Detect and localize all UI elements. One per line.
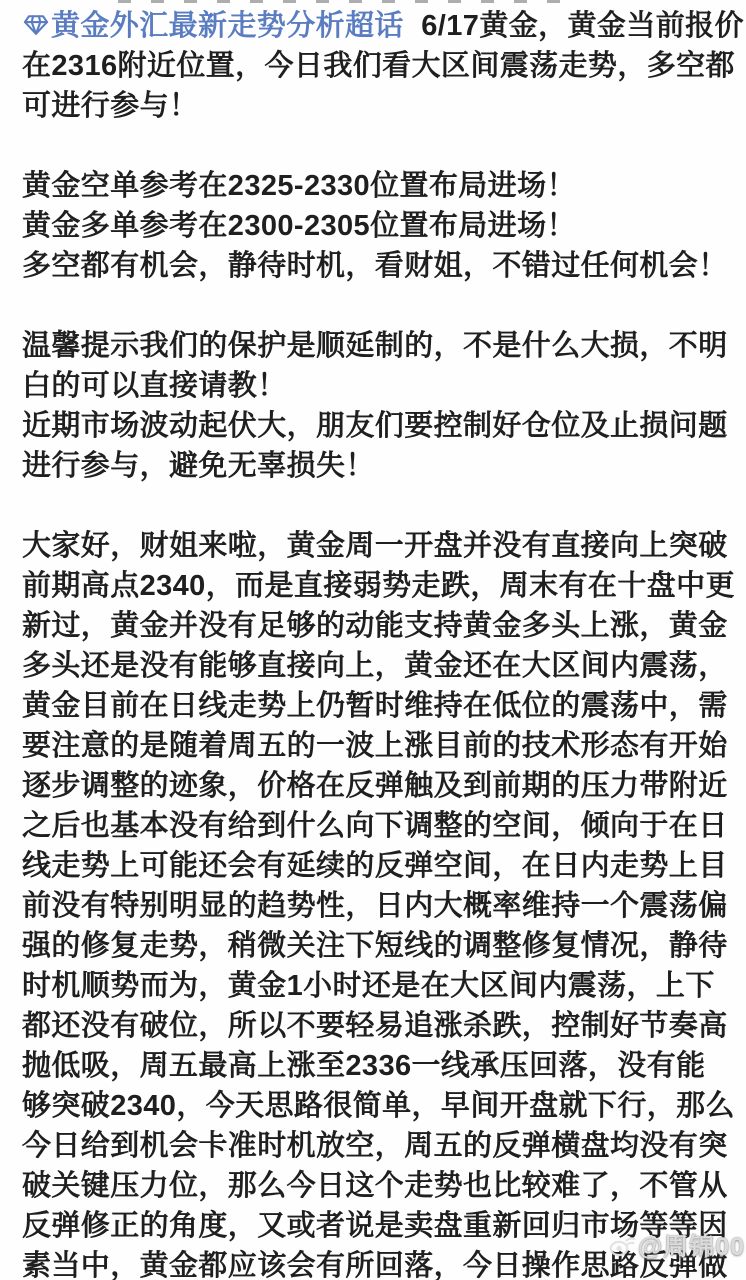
supertopic-gem-icon <box>22 10 50 50</box>
post-first-line: 黄金外汇最新走势分析超话 6/17黄金，黄金当前报价 <box>22 6 730 46</box>
supertopic-link[interactable]: 黄金外汇最新走势分析超话 <box>22 10 412 42</box>
text-line: 够突破2340，今天思路很简单，早间开盘就下行，那么 <box>22 1086 730 1126</box>
text-line: 多空都有机会，静待时机，看财姐，不错过任何机会！ <box>22 246 730 286</box>
paragraph: 温馨提示我们的保护是顺延制的，不是什么大损，不明白的可以直接请教！近期市场波动起… <box>22 326 730 486</box>
paragraph: 黄金空单参考在2325-2330位置布局进场！黄金多单参考在2300-2305位… <box>22 166 730 286</box>
watermark: @周锦00 <box>609 1227 745 1263</box>
text-line: 破关键压力位，那么今日这个走势也比较难了，不管从 <box>22 1166 730 1206</box>
text-line: 白的可以直接请教！ <box>22 366 730 406</box>
supertopic-label: 黄金外汇最新走势分析超话 <box>51 10 404 42</box>
text-line: 都还没有破位，所以不要轻易追涨杀跌，控制好节奏高 <box>22 1006 730 1046</box>
text-line: 抛低吸，周五最高上涨至2336一线承压回落，没有能 <box>22 1046 730 1086</box>
text-line: 大家好，财姐来啦，黄金周一开盘并没有直接向上突破 <box>22 526 730 566</box>
post-body: 黄金外汇最新走势分析超话 6/17黄金，黄金当前报价 在2316附近位置，今日我… <box>0 0 746 1280</box>
weibo-logo-icon <box>609 1234 636 1257</box>
text-line: 黄金目前在日线走势上仍暂时维持在低位的震荡中，需 <box>22 686 730 726</box>
text-line: 线走势上可能还会有延续的反弹空间，在日内走势上目 <box>22 846 730 886</box>
text-line: 可进行参与！ <box>22 86 730 126</box>
paragraph: 大家好，财姐来啦，黄金周一开盘并没有直接向上突破前期高点2340，而是直接弱势走… <box>22 526 730 1280</box>
text-line: 多头还是没有能够直接向上，黄金还在大区间内震荡， <box>22 646 730 686</box>
lead-text: 6/17黄金，黄金当前报价 <box>421 10 744 42</box>
post-paragraphs: 在2316附近位置，今日我们看大区间震荡走势，多空都可进行参与！黄金空单参考在2… <box>22 46 730 1280</box>
text-line: 逐步调整的迹象，价格在反弹触及到前期的压力带附近 <box>22 766 730 806</box>
text-line: 黄金空单参考在2325-2330位置布局进场！ <box>22 166 730 206</box>
text-line: 前没有特别明显的趋势性，日内大概率维持一个震荡偏 <box>22 886 730 926</box>
text-line: 黄金多单参考在2300-2305位置布局进场！ <box>22 206 730 246</box>
text-line: 时机顺势而为，黄金1小时还是在大区间内震荡，上下 <box>22 966 730 1006</box>
text-line: 在2316附近位置，今日我们看大区间震荡走势，多空都 <box>22 46 730 86</box>
text-line: 要注意的是随着周五的一波上涨目前的技术形态有开始 <box>22 726 730 766</box>
text-line: 近期市场波动起伏大，朋友们要控制好仓位及止损问题 <box>22 406 730 446</box>
paragraph: 在2316附近位置，今日我们看大区间震荡走势，多空都可进行参与！ <box>22 46 730 126</box>
text-line: 前期高点2340，而是直接弱势走跌，周末有在十盘中更 <box>22 566 730 606</box>
text-line: 温馨提示我们的保护是顺延制的，不是什么大损，不明 <box>22 326 730 366</box>
watermark-text: @周锦00 <box>638 1227 745 1263</box>
text-line: 今日给到机会卡准时机放空，周五的反弹横盘均没有突 <box>22 1126 730 1166</box>
text-line: 进行参与，避免无辜损失！ <box>22 446 730 486</box>
text-line: 之后也基本没有给到什么向下调整的空间，倾向于在日 <box>22 806 730 846</box>
text-line: 新过，黄金并没有足够的动能支持黄金多头上涨，黄金 <box>22 606 730 646</box>
text-line: 强的修复走势，稍微关注下短线的调整修复情况，静待 <box>22 926 730 966</box>
